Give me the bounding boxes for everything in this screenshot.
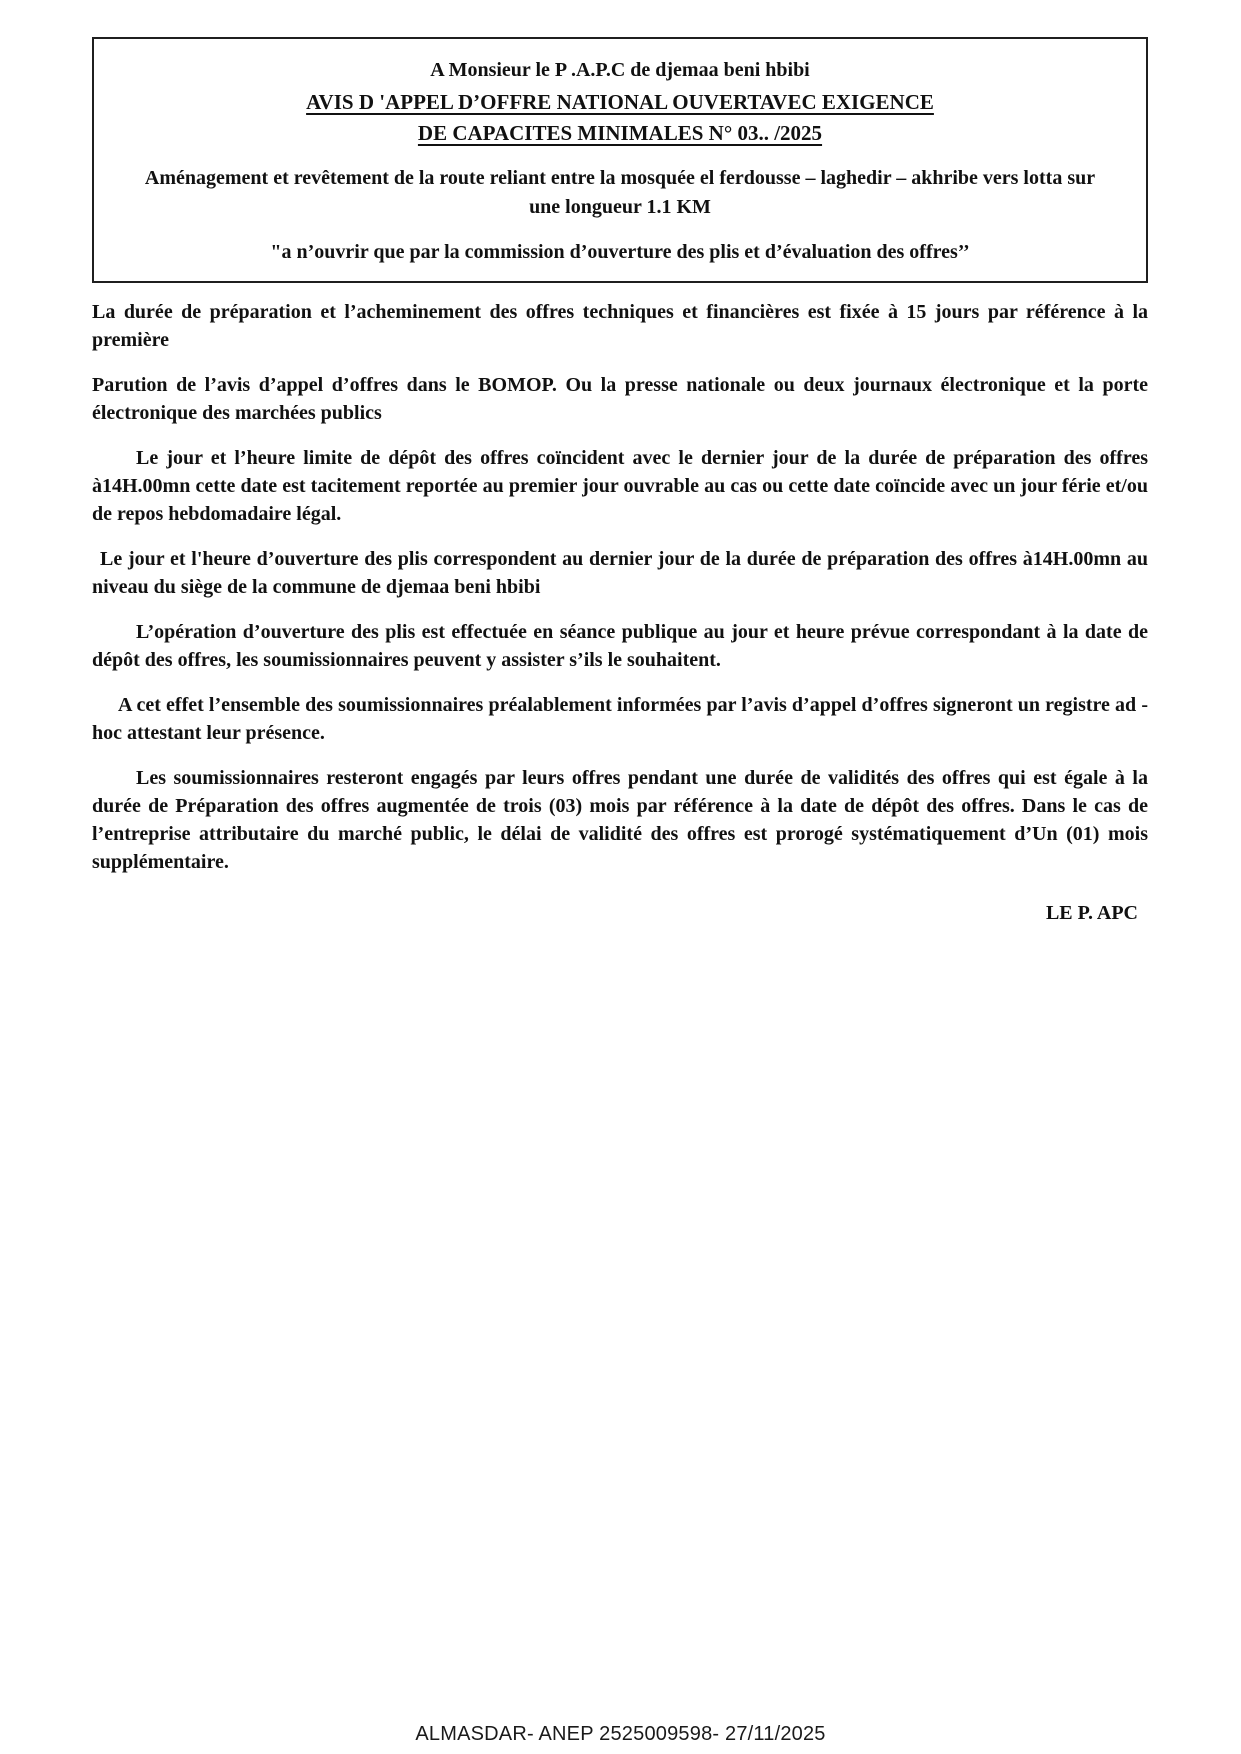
notice-title-line1: AVIS D 'APPEL D’OFFRE NATIONAL OUVERTAVE… [104,87,1136,118]
paragraph-register: A cet effet l’ensemble des soumissionnai… [92,691,1148,747]
footer-line: ALMASDAR- ANEP 2525009598- 27/11/2025 [0,1723,1241,1746]
document-body: La durée de préparation et l’acheminemen… [92,298,1148,876]
header-box: A Monsieur le P .A.P.C de djemaa beni hb… [92,37,1148,283]
project-subject: Aménagement et revêtement de la route re… [134,164,1106,222]
opening-instruction: "a n’ouvrir que par la commission d’ouve… [104,239,1136,265]
paragraph-offer-validity: Les soumissionnaires resteront engagés p… [92,764,1148,876]
paragraph-public-opening: L’opération d’ouverture des plis est eff… [92,618,1148,674]
paragraph-publication: Parution de l’avis d’appel d’offres dans… [92,371,1148,427]
signature-line: LE P. APC [92,902,1138,925]
document-content: A Monsieur le P .A.P.C de djemaa beni hb… [92,37,1148,925]
paragraph-preparation-duration: La durée de préparation et l’acheminemen… [92,298,1148,354]
addressee-line: A Monsieur le P .A.P.C de djemaa beni hb… [104,57,1136,83]
paragraph-deposit-deadline: Le jour et l’heure limite de dépôt des o… [92,444,1148,528]
notice-title-line2: DE CAPACITES MINIMALES N° 03.. /2025 [104,118,1136,149]
paragraph-opening-day: Le jour et l'heure d’ouverture des plis … [92,545,1148,601]
document-page: A Monsieur le P .A.P.C de djemaa beni hb… [0,0,1241,1754]
